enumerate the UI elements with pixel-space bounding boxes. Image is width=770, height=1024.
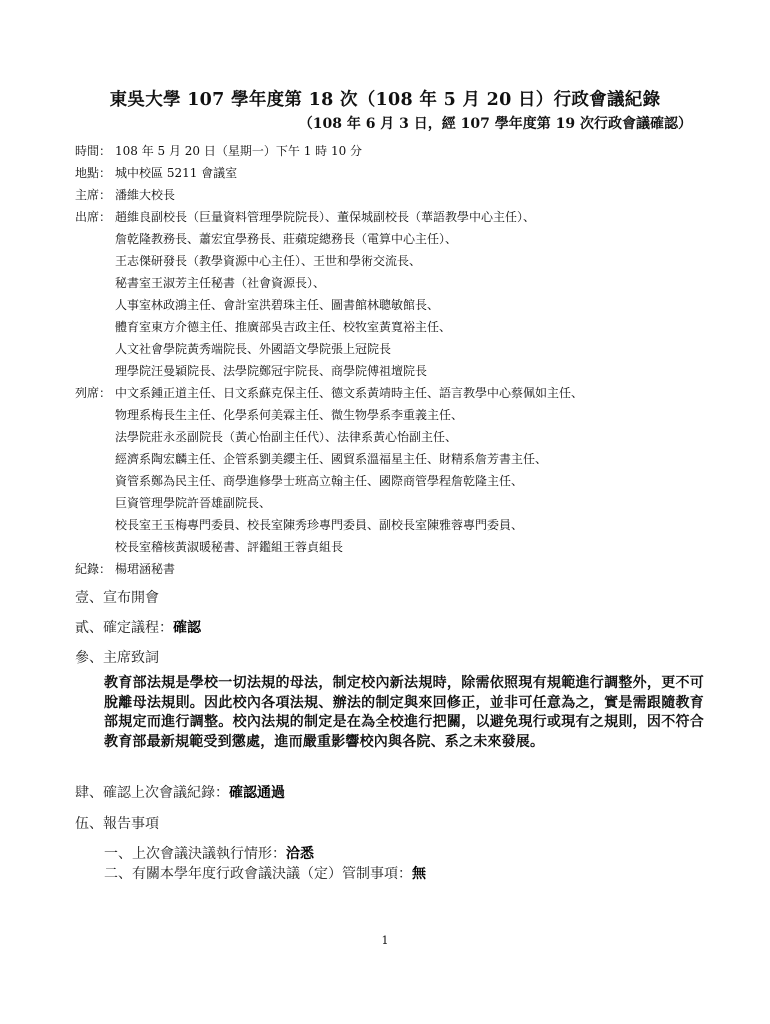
meta-place: 地點： 城中校區 5211 會議室 <box>75 162 583 184</box>
meta-time-value: 108 年 5 月 20 日（星期一）下午 1 時 10 分 <box>115 140 362 162</box>
meta-time: 時間： 108 年 5 月 20 日（星期一）下午 1 時 10 分 <box>75 140 583 162</box>
observer-line: 法學院莊永丞副院長（黃心怡副主任代）、法律系黃心怡副主任、 <box>115 426 583 448</box>
observer-line: 校長室稽核黃淑暖秘書、評鑑組王蓉貞組長 <box>115 536 583 558</box>
section-chair-remarks: 參、主席致詞 <box>75 647 159 667</box>
section-heading: 肆、確認上次會議紀錄： <box>75 785 229 801</box>
report-item-result: 洽悉 <box>286 846 314 862</box>
attendee-line: 王志傑研發長（教學資源中心主任）、王世和學術交流長、 <box>115 250 535 272</box>
attendee-line: 理學院汪曼穎院長、法學院鄭冠宇院長、商學院傅祖壇院長 <box>115 360 535 382</box>
report-item: 一、上次會議決議執行情形：洽悉 <box>104 843 314 863</box>
meta-place-label: 地點： <box>75 162 115 184</box>
report-item-label: 二、有關本學年度行政會議決議（定）管制事項： <box>104 866 412 882</box>
section-agenda: 貳、確定議程：確認 <box>75 617 201 637</box>
meta-chair-value: 潘維大校長 <box>115 184 175 206</box>
meta-observers-label: 列席： <box>75 382 115 558</box>
chair-speech: 教育部法規是學校一切法規的母法，制定校內新法規時，除需依照現有規範進行調整外，更… <box>104 674 704 752</box>
meta-recorder-label: 紀錄： <box>75 558 115 580</box>
attendee-line: 趙維良副校長（巨量資料管理學院院長）、董保城副校長（華語教學中心主任）、 <box>115 206 535 228</box>
section-previous-minutes: 肆、確認上次會議紀錄：確認通過 <box>75 782 285 802</box>
attendee-line: 詹乾隆教務長、蕭宏宜學務長、莊蘋琔總務長（電算中心主任）、 <box>115 228 535 250</box>
section-reports: 伍、報告事項 <box>75 813 159 833</box>
section-result: 確認 <box>173 620 201 636</box>
section-heading: 伍、報告事項 <box>75 816 159 832</box>
meta-place-value: 城中校區 5211 會議室 <box>115 162 237 184</box>
meta-time-label: 時間： <box>75 140 115 162</box>
observer-line: 物理系梅長生主任、化學系何美霖主任、微生物學系李重義主任、 <box>115 404 583 426</box>
section-heading: 貳、確定議程： <box>75 620 173 636</box>
document-title: 東吳大學 107 學年度第 18 次（108 年 5 月 20 日）行政會議紀錄 <box>0 86 770 111</box>
observer-line: 經濟系陶宏麟主任、企管系劉美纓主任、國貿系溫福星主任、財精系詹芳書主任、 <box>115 448 583 470</box>
meta-recorder-value: 楊珺涵秘書 <box>115 558 175 580</box>
observer-line: 資管系鄭為民主任、商學進修學士班高立翰主任、國際商管學程詹乾隆主任、 <box>115 470 583 492</box>
meta-observers: 列席： 中文系鍾正道主任、日文系蘇克保主任、德文系黃靖時主任、語言教學中心蔡佩如… <box>75 382 583 558</box>
page-number: 1 <box>0 934 770 947</box>
section-heading: 壹、宣布開會 <box>75 590 159 606</box>
meta-attendees: 出席： 趙維良副校長（巨量資料管理學院院長）、董保城副校長（華語教學中心主任）、… <box>75 206 583 382</box>
report-item-label: 一、上次會議決議執行情形： <box>104 846 286 862</box>
document-page: 東吳大學 107 學年度第 18 次（108 年 5 月 20 日）行政會議紀錄… <box>0 0 770 1024</box>
meta-chair-label: 主席： <box>75 184 115 206</box>
report-item-result: 無 <box>412 866 426 882</box>
observer-line: 巨資管理學院許晉雄副院長、 <box>115 492 583 514</box>
section-opening: 壹、宣布開會 <box>75 587 159 607</box>
meeting-meta: 時間： 108 年 5 月 20 日（星期一）下午 1 時 10 分 地點： 城… <box>75 140 583 580</box>
observer-line: 校長室王玉梅專門委員、校長室陳秀珍專門委員、副校長室陳雅蓉專門委員、 <box>115 514 583 536</box>
attendee-line: 體育室東方介德主任、推廣部吳吉政主任、校牧室黃寬裕主任、 <box>115 316 535 338</box>
meta-attendees-label: 出席： <box>75 206 115 382</box>
report-item: 二、有關本學年度行政會議決議（定）管制事項：無 <box>104 863 426 883</box>
meta-chair: 主席： 潘維大校長 <box>75 184 583 206</box>
attendee-line: 秘書室王淑芳主任秘書（社會資源長）、 <box>115 272 535 294</box>
meta-recorder: 紀錄： 楊珺涵秘書 <box>75 558 583 580</box>
attendee-line: 人文社會學院黃秀端院長、外國語文學院張上冠院長 <box>115 338 535 360</box>
section-result: 確認通過 <box>229 785 285 801</box>
observer-line: 中文系鍾正道主任、日文系蘇克保主任、德文系黃靖時主任、語言教學中心蔡佩如主任、 <box>115 382 583 404</box>
section-heading: 參、主席致詞 <box>75 650 159 666</box>
attendee-line: 人事室林政鴻主任、會計室洪碧珠主任、圖書館林聰敏館長、 <box>115 294 535 316</box>
document-subtitle: （108 年 6 月 3 日，經 107 學年度第 19 次行政會議確認） <box>299 113 692 133</box>
